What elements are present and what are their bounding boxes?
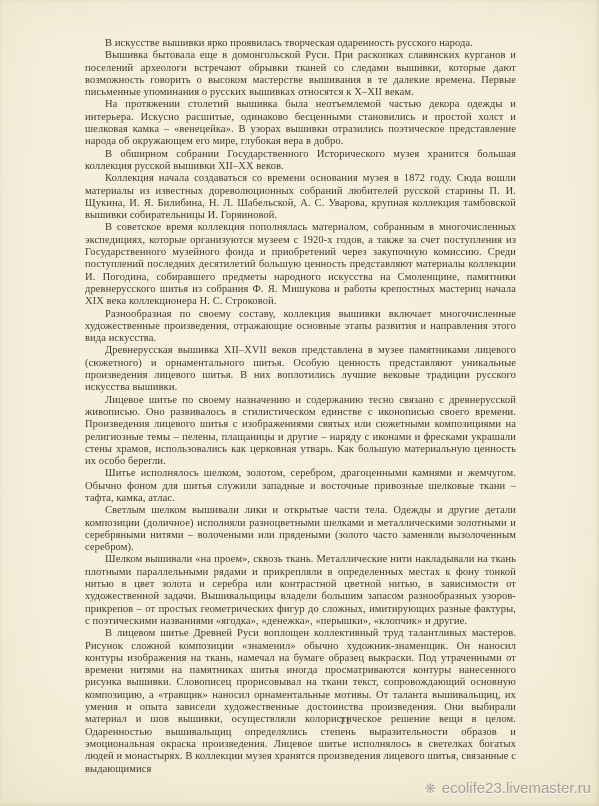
paragraph: На протяжении столетий вышивка была неот… bbox=[85, 99, 516, 148]
body-text: В искусстве вышивки ярко проявилась твор… bbox=[85, 38, 516, 776]
paragraph: Шитье исполнялось шелком, золотом, сереб… bbox=[85, 468, 516, 505]
flower-icon: ❋ bbox=[425, 782, 436, 795]
paragraph: Шелком вышивали «на проем», сквозь ткань… bbox=[85, 554, 516, 628]
paragraph: Светлым шелком вышивали лики и открытые … bbox=[85, 505, 516, 554]
paragraph: Коллекция начала создаваться со времени … bbox=[85, 173, 516, 222]
watermark: ❋ ecolife23.livemaster.ru bbox=[425, 780, 591, 797]
paragraph: Вышивка бытовала еще в домонгольской Рус… bbox=[85, 50, 516, 99]
scanned-book-page: В искусстве вышивки ярко проявилась твор… bbox=[0, 0, 599, 806]
paragraph: Разнообразная по своему составу, коллекц… bbox=[85, 309, 516, 346]
paragraph: В обширном собрании Государственного Ист… bbox=[85, 149, 516, 174]
paragraph: Лицевое шитье по своему назначению и сод… bbox=[85, 395, 516, 469]
page-number: 11 bbox=[46, 716, 599, 727]
watermark-text: ecolife23.livemaster.ru bbox=[442, 780, 591, 797]
paragraph: Древнерусская вышивка XII–XVII веков пре… bbox=[85, 345, 516, 394]
paragraph: В лицевом шитье Древней Руси воплощен ко… bbox=[85, 628, 516, 776]
paragraph: В советское время коллекция пополнялась … bbox=[85, 222, 516, 308]
paragraph: В искусстве вышивки ярко проявилась твор… bbox=[85, 38, 516, 50]
